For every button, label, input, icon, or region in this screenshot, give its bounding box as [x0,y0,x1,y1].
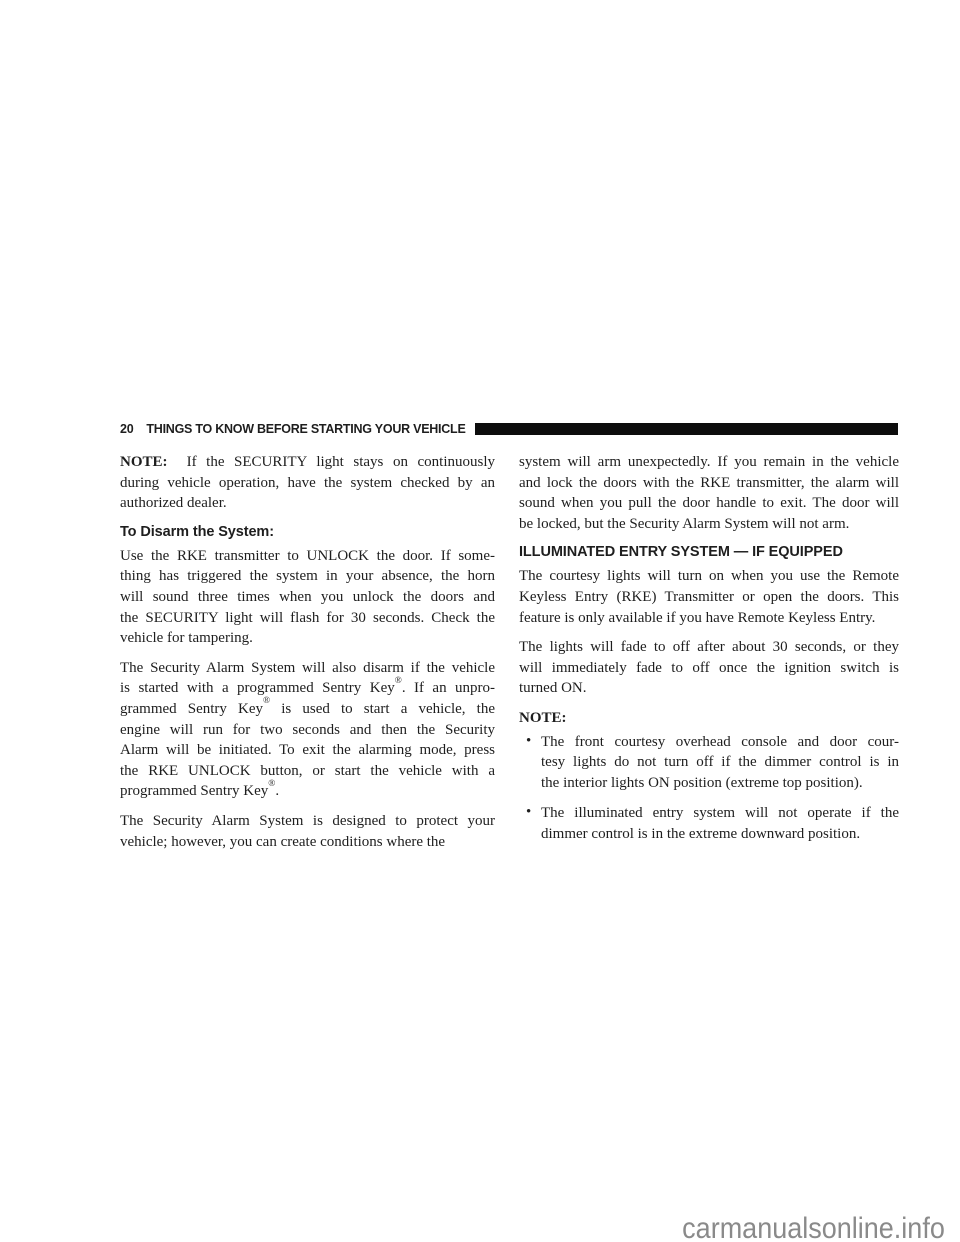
left-column: NOTE: If the SECURITY light stays on con… [120,452,495,861]
page-number: 20 [120,421,133,437]
note-bullet-2: •The illuminated entry system will not o… [519,803,899,844]
note-label-heading: NOTE: [519,708,899,729]
text-line: will sound three times when you unlock t… [120,587,495,608]
text-line: engine will run for two seconds and then… [120,720,495,741]
note-label-heading-text: NOTE: [519,710,567,726]
registered-trademark-symbol: ® [268,779,275,789]
registered-trademark-symbol: ® [263,696,270,706]
text-line: will immediately fade to off once the ig… [519,658,899,679]
bullet-icon: • [526,731,531,752]
text-line: Keyless Entry (RKE) Transmitter or open … [519,587,899,608]
note-bullet-1: •The front courtesy overhead console and… [519,732,899,794]
bullet-icon: • [526,802,531,823]
text-line: dimmer control is in the extreme downwar… [541,824,899,845]
illuminated-entry-paragraph-1: The courtesy lights will turn on when yo… [519,566,899,628]
illuminated-entry-paragraph-2: The lights will fade to off after about … [519,637,899,699]
text-line: sound when you pull the door handle to e… [519,493,899,514]
text-line: The lights will fade to off after about … [519,637,899,658]
disarm-paragraph-3: The Security Alarm System is designed to… [120,811,495,852]
text-line: vehicle; however, you can create conditi… [120,832,495,853]
text-line: the interior lights ON position (extreme… [541,773,899,794]
watermark: carmanualsonline.info [682,1214,945,1242]
text-line: system will arm unexpectedly. If you rem… [519,452,899,473]
text-line: turned ON. [519,678,899,699]
manual-page: 20 THINGS TO KNOW BEFORE STARTING YOUR V… [0,0,960,1242]
text-line: thing has triggered the system in your a… [120,566,495,587]
disarm-system-heading-text: To Disarm the System: [120,524,274,540]
disarm-system-heading: To Disarm the System: [120,523,495,542]
text-line: vehicle for tampering. [120,628,495,649]
illuminated-entry-heading-text: ILLUMINATED ENTRY SYSTEM — IF EQUIPPED [519,544,843,560]
text-line: is started with a programmed Sentry Key®… [120,678,495,699]
running-header: 20 THINGS TO KNOW BEFORE STARTING YOUR V… [120,421,898,437]
right-column: system will arm unexpectedly. If you rem… [519,452,899,855]
text-line: and lock the doors with the RKE transmit… [519,473,899,494]
text-line: The Security Alarm System will also disa… [120,658,495,679]
illuminated-entry-heading: ILLUMINATED ENTRY SYSTEM — IF EQUIPPED [519,543,899,562]
text-line: Use the RKE transmitter to UNLOCK the do… [120,546,495,567]
text-line: Alarm will be initiated. To exit the ala… [120,740,495,761]
text-line: The front courtesy overhead console and … [541,732,899,753]
text-line: The Security Alarm System is designed to… [120,811,495,832]
text-line: be locked, but the Security Alarm System… [519,514,899,535]
registered-trademark-symbol: ® [395,676,402,686]
text-line: during vehicle operation, have the syste… [120,473,495,494]
text-line: NOTE: If the SECURITY light stays on con… [120,452,495,473]
disarm-paragraph-2: The Security Alarm System will also disa… [120,658,495,802]
note-label: NOTE: [120,454,168,470]
disarm-paragraph-1: Use the RKE transmitter to UNLOCK the do… [120,546,495,649]
header-rule-bar [475,423,898,435]
text-line: feature is only available if you have Re… [519,608,899,629]
text-line: grammed Sentry Key® is used to start a v… [120,699,495,720]
text-line: the SECURITY light will flash for 30 sec… [120,608,495,629]
text-line: The illuminated entry system will not op… [541,803,899,824]
text-line: tesy lights do not turn off if the dimme… [541,752,899,773]
text-line: The courtesy lights will turn on when yo… [519,566,899,587]
alarm-continuation-paragraph: system will arm unexpectedly. If you rem… [519,452,899,534]
note-security-paragraph: NOTE: If the SECURITY light stays on con… [120,452,495,514]
text-line: the RKE UNLOCK button, or start the vehi… [120,761,495,782]
header-title: THINGS TO KNOW BEFORE STARTING YOUR VEHI… [146,421,465,437]
text-line: authorized dealer. [120,493,495,514]
text-line: programmed Sentry Key®. [120,781,495,802]
